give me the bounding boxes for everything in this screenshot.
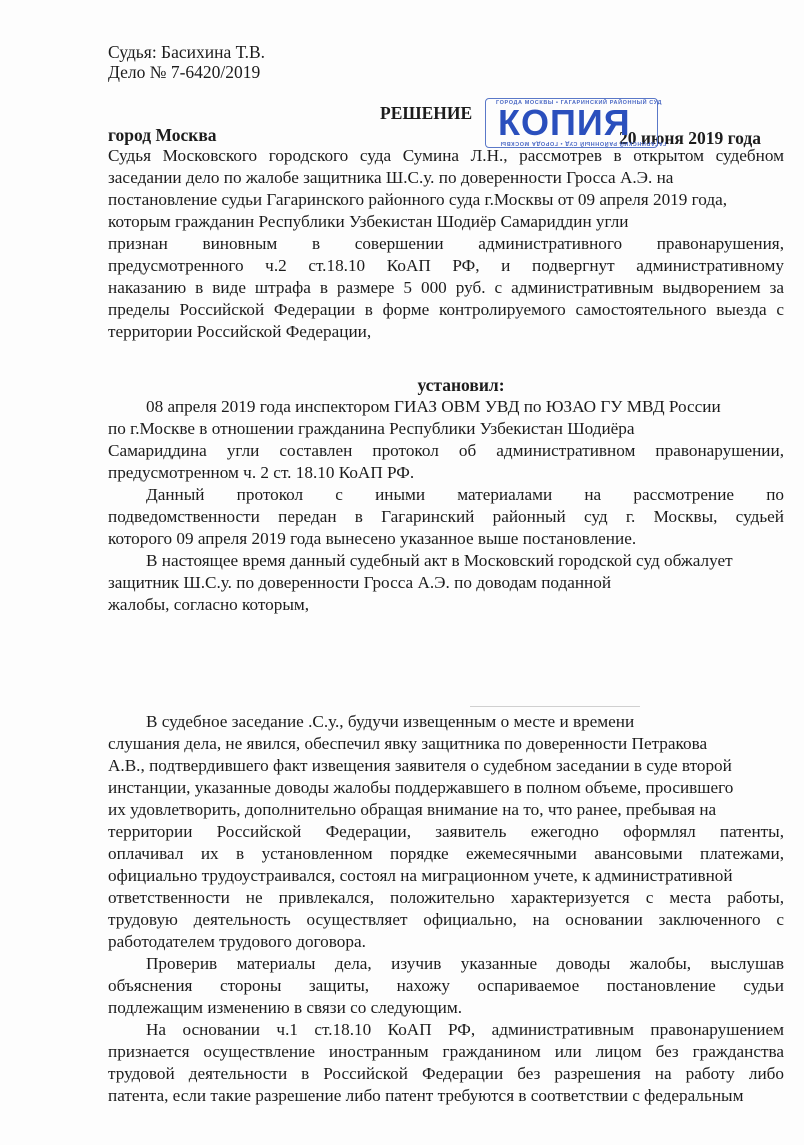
intro-line: пределы Российской Федерации в форме кон… <box>108 300 784 320</box>
city-label: город Москва <box>108 125 217 146</box>
paragraph-line: В судебное заседание .С.у., будучи извещ… <box>108 712 784 732</box>
case-number: Дело № 7-6420/2019 <box>108 62 784 82</box>
paragraph-line: слушания дела, не явился, обеспечил явку… <box>108 734 784 754</box>
paragraph-line: признается осуществление иностранным гра… <box>108 1042 784 1062</box>
stamp-main-text: КОПИЯ <box>498 105 631 141</box>
paragraph-line: В настоящее время данный судебный акт в … <box>108 551 784 571</box>
paragraph-line: подведомственности передан в Гагаринский… <box>108 507 784 527</box>
section-heading: установил: <box>108 375 784 396</box>
copy-stamp: ГОРОДА МОСКВЫ • ГАГАРИНСКИЙ РАЙОННЫЙ СУД… <box>485 98 658 148</box>
paragraph-line: жалобы, согласно которым, <box>108 595 784 615</box>
intro-line: признан виновным в совершении администра… <box>108 234 784 254</box>
paragraph-line: объяснения стороны защиты, нахожу оспари… <box>108 976 784 996</box>
paragraph-line: А.В., подтвердившего факт извещения заяв… <box>108 756 784 776</box>
paragraph-line: предусмотренном ч. 2 ст. 18.10 КоАП РФ. <box>108 463 784 483</box>
intro-line: предусмотренного ч.2 ст.18.10 КоАП РФ, и… <box>108 256 784 276</box>
document-title: РЕШЕНИЕ <box>380 103 472 124</box>
paragraph-line: 08 апреля 2019 года инспектором ГИАЗ ОВМ… <box>108 397 784 417</box>
document-page: Судья: Басихина Т.В. Дело № 7-6420/2019 … <box>0 0 804 1145</box>
intro-line: заседании дело по жалобе защитника Ш.С.у… <box>108 168 784 188</box>
redaction-remnant <box>470 706 640 707</box>
paragraph-line: территории Российской Федерации, заявите… <box>108 822 784 842</box>
paragraph-line: трудовой деятельности в Российской Федер… <box>108 1064 784 1084</box>
paragraph-line: Данный протокол с иными материалами на р… <box>108 485 784 505</box>
paragraph-line: официально трудоустраивался, состоял на … <box>108 866 784 886</box>
paragraph-line: их удовлетворить, дополнительно обращая … <box>108 800 784 820</box>
judge-line: Судья: Басихина Т.В. <box>108 42 784 62</box>
intro-line: которым гражданин Республики Узбекистан … <box>108 212 784 232</box>
intro-line: постановление судьи Гагаринского районно… <box>108 190 784 210</box>
paragraph-line: работодателем трудового договора. <box>108 932 784 952</box>
paragraph-line: На основании ч.1 ст.18.10 КоАП РФ, админ… <box>108 1020 784 1040</box>
paragraph-line: патента, если такие разрешение либо пате… <box>108 1086 784 1106</box>
intro-line: Судья Московского городского суда Сумина… <box>108 146 784 166</box>
paragraph-line: по г.Москве в отношении гражданина Респу… <box>108 419 784 439</box>
paragraph-line: подлежащим изменению в связи со следующи… <box>108 998 784 1018</box>
paragraph-line: Самариддина угли составлен протокол об а… <box>108 441 784 461</box>
paragraph-line: которого 09 апреля 2019 года вынесено ук… <box>108 529 784 549</box>
paragraph-line: Проверив материалы дела, изучив указанны… <box>108 954 784 974</box>
paragraph-line: инстанции, указанные доводы жалобы подде… <box>108 778 784 798</box>
paragraph-line: оплачивал их в установленном порядке еже… <box>108 844 784 864</box>
paragraph-line: трудовую деятельность осуществляет офици… <box>108 910 784 930</box>
intro-line: территории Российской Федерации, <box>108 322 784 342</box>
intro-line: наказанию в виде штрафа в размере 5 000 … <box>108 278 784 298</box>
paragraph-line: защитник Ш.С.у. по доверенности Гросса А… <box>108 573 784 593</box>
paragraph-line: ответственности не привлекался, положите… <box>108 888 784 908</box>
